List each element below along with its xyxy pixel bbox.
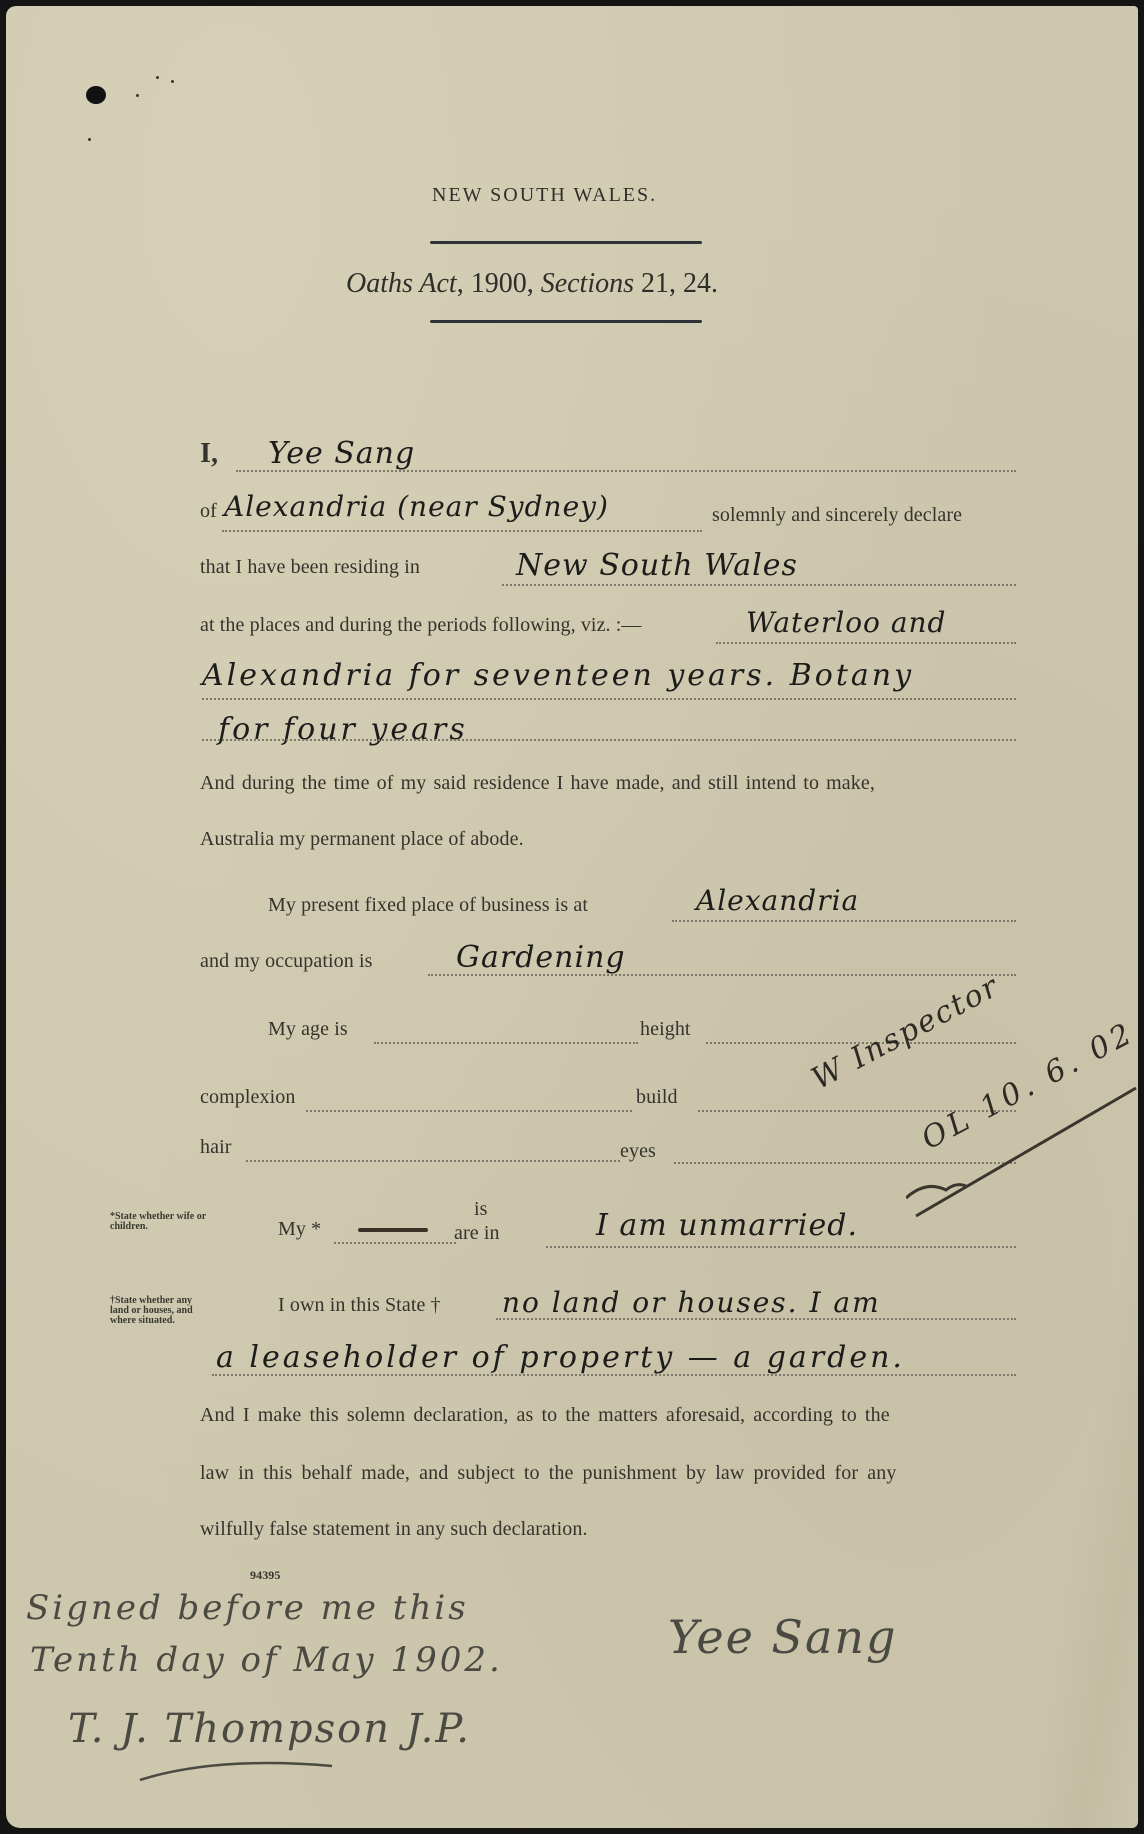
act-title-italic-1: Oaths Act bbox=[346, 268, 457, 299]
act-title-plain-1: , 1900, bbox=[457, 268, 541, 299]
act-title: Oaths Act, 1900, Sections 21, 24. bbox=[346, 268, 718, 300]
attestation-line-2: Tenth day of May 1902. bbox=[30, 1640, 503, 1680]
document-page: NEW SOUTH WALES. Oaths Act, 1900, Sectio… bbox=[6, 6, 1138, 1828]
speck bbox=[171, 80, 174, 83]
property-dotted-line-2 bbox=[212, 1374, 1016, 1376]
abode-line-1: And during the time of my said residence… bbox=[200, 772, 875, 795]
family-dash bbox=[358, 1228, 428, 1232]
periods-line-1-field[interactable]: Waterloo and bbox=[746, 606, 946, 639]
speck bbox=[136, 94, 139, 97]
name-dotted-line bbox=[236, 470, 1016, 472]
occupation-label: and my occupation is bbox=[200, 950, 373, 973]
family-field[interactable]: I am unmarried. bbox=[596, 1208, 858, 1243]
age-dotted-line bbox=[374, 1042, 638, 1044]
business-dotted-line bbox=[672, 920, 1016, 922]
of-label: of bbox=[200, 500, 217, 523]
complexion-label: complexion bbox=[200, 1086, 295, 1109]
family-label: My * bbox=[278, 1218, 321, 1241]
hair-dotted-line bbox=[246, 1160, 620, 1162]
inspector-annotation-line-1: W Inspector bbox=[806, 969, 1005, 1097]
family-dotted-line-b bbox=[546, 1246, 1016, 1248]
residing-in-field[interactable]: New South Wales bbox=[516, 548, 798, 583]
build-label: build bbox=[636, 1086, 678, 1109]
declare-text: solemnly and sincerely declare bbox=[712, 504, 962, 527]
occupation-dotted-line bbox=[428, 974, 1016, 976]
jp-signature-flourish-icon bbox=[136, 1750, 336, 1790]
residence-dotted-line bbox=[222, 530, 702, 532]
ink-blot bbox=[86, 86, 106, 104]
speck bbox=[88, 138, 91, 141]
declarant-name-field[interactable]: Yee Sang bbox=[268, 436, 415, 471]
family-is-label: is bbox=[474, 1198, 488, 1221]
attestation-line-1: Signed before me this bbox=[26, 1588, 469, 1628]
speck bbox=[156, 76, 159, 79]
periods-dotted-line-2 bbox=[202, 698, 1016, 700]
hair-label: hair bbox=[200, 1136, 232, 1159]
form-number: 94395 bbox=[250, 1568, 281, 1583]
property-margin-note: †State whether any land or houses, and w… bbox=[110, 1296, 210, 1326]
act-title-plain-2: 21, 24. bbox=[634, 268, 718, 299]
residing-label: that I have been residing in bbox=[200, 556, 420, 579]
closing-line-3: wilfully false statement in any such dec… bbox=[200, 1518, 588, 1541]
business-place-field[interactable]: Alexandria bbox=[696, 884, 859, 917]
family-margin-note: *State whether wife or children. bbox=[110, 1212, 210, 1232]
family-dotted-line-a bbox=[334, 1242, 456, 1244]
property-dotted-line-1 bbox=[496, 1318, 1016, 1320]
i-label: I, bbox=[200, 438, 218, 470]
closing-line-1: And I make this solemn declaration, as t… bbox=[200, 1404, 890, 1427]
residing-dotted-line bbox=[502, 584, 1016, 586]
jp-signature: T. J. Thompson J.P. bbox=[68, 1706, 471, 1752]
closing-line-2: law in this behalf made, and subject to … bbox=[200, 1462, 896, 1485]
header-rule-top bbox=[430, 241, 702, 244]
abode-line-2: Australia my permanent place of abode. bbox=[200, 828, 524, 851]
header-rule-bottom bbox=[430, 320, 702, 323]
eyes-label: eyes bbox=[620, 1140, 656, 1163]
business-label: My present fixed place of business is at bbox=[268, 894, 588, 917]
occupation-field[interactable]: Gardening bbox=[456, 940, 626, 975]
age-label: My age is bbox=[268, 1018, 348, 1041]
annotation-slash-icon bbox=[906, 1086, 1144, 1226]
periods-line-2-field[interactable]: Alexandria for seventeen years. Botany bbox=[202, 658, 914, 693]
property-label: I own in this State † bbox=[278, 1294, 441, 1317]
family-are-in-label: are in bbox=[454, 1222, 500, 1245]
property-line-1-field[interactable]: no land or houses. I am bbox=[502, 1286, 881, 1319]
periods-label: at the places and during the periods fol… bbox=[200, 614, 642, 637]
property-line-2-field[interactable]: a leaseholder of property — a garden. bbox=[216, 1340, 905, 1375]
residence-field[interactable]: Alexandria (near Sydney) bbox=[224, 490, 609, 523]
periods-dotted-line-3 bbox=[202, 739, 1016, 741]
height-label: height bbox=[640, 1018, 691, 1041]
periods-dotted-line-1 bbox=[716, 642, 1016, 644]
complexion-dotted-line bbox=[306, 1110, 632, 1112]
declarant-signature: Yee Sang bbox=[668, 1610, 897, 1664]
periods-line-3-field[interactable]: for four years bbox=[218, 712, 468, 747]
jurisdiction-heading: NEW SOUTH WALES. bbox=[432, 184, 657, 207]
act-title-italic-2: Sections bbox=[541, 268, 634, 299]
